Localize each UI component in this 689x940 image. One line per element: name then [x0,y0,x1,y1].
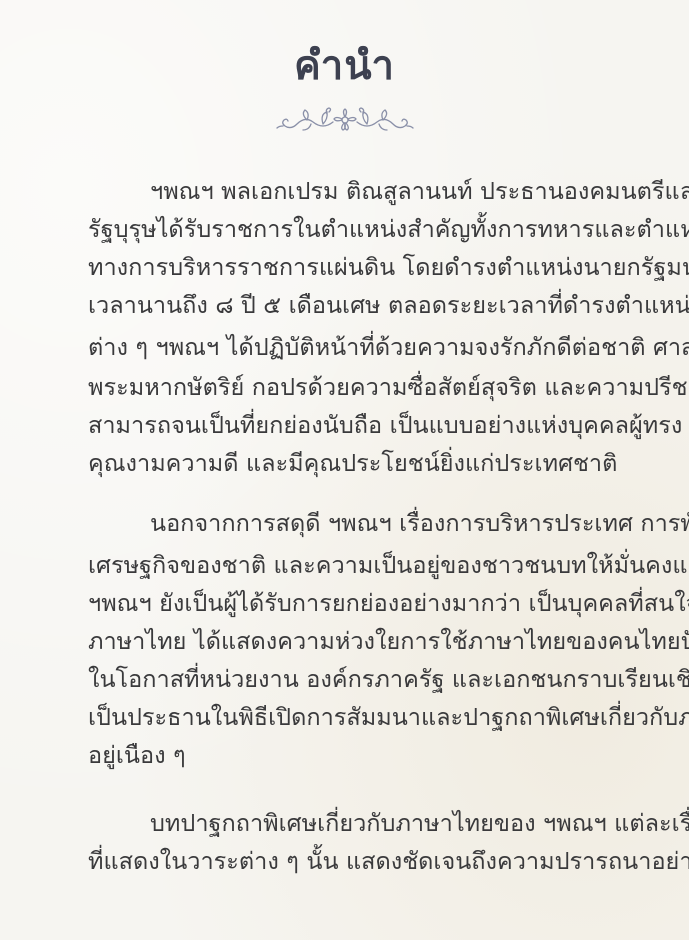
paragraph-2-line-7: อยู่เนือง ๆ [88,740,648,770]
paragraph-1-line-8: คุณงามความดี และมีคุณประโยชน์ยิ่งแก่ประเ… [88,448,648,478]
paragraph-2-line-5: ในโอกาสที่หน่วยงาน องค์กรภาครัฐ และเอกชน… [88,664,648,694]
paragraph-1-line-6: พระมหากษัตริย์ กอปรด้วยความซื่อสัตย์สุจร… [88,372,648,402]
scanned-page: คำนำ ฯพณฯ พลเอกเปรม ติณ [0,0,689,940]
paragraph-1-line-5: ต่าง ๆ ฯพณฯ ได้ปฏิบัติหน้าที่ด้วยความจงร… [88,332,648,362]
paragraph-2-line-2: เศรษฐกิจของชาติ และความเป็นอยู่ของชาวชนบ… [88,550,648,580]
paragraph-2-line-3: ฯพณฯ ยังเป็นผู้ได้รับการยกย่องอย่างมากว่… [88,588,648,618]
paragraph-1-line-3: ทางการบริหารราชการแผ่นดิน โดยดำรงตำแหน่ง… [88,252,648,282]
paragraph-3-line-2: ที่แสดงในวาระต่าง ๆ นั้น แสดงชัดเจนถึงคว… [88,846,648,876]
paragraph-1-line-4: เวลานานถึง ๘ ปี ๕ เดือนเศษ ตลอดระยะเวลาท… [88,290,648,320]
paragraph-1-line-7: สามารถจนเป็นที่ยกย่องนับถือ เป็นแบบอย่าง… [88,410,648,440]
paragraph-2-line-4: ภาษาไทย ได้แสดงความห่วงใยการใช้ภาษาไทยขอ… [88,626,648,656]
floral-divider-icon [275,104,415,136]
paragraph-1-line-2: รัฐบุรุษได้รับราชการในตำแหน่งสำคัญทั้งกา… [88,214,648,244]
page-title: คำนำ [0,40,689,92]
paragraph-3-line-1: บทปาฐกถาพิเศษเกี่ยวกับภาษาไทยของ ฯพณฯ แต… [150,808,648,838]
paragraph-1-line-1: ฯพณฯ พลเอกเปรม ติณสูลานนท์ ประธานองคมนตร… [150,176,648,206]
paragraph-2-line-1: นอกจากการสดุดี ฯพณฯ เรื่องการบริหารประเท… [150,508,648,538]
paragraph-2-line-6: เป็นประธานในพิธีเปิดการสัมมนาและปาฐกถาพิ… [88,702,648,732]
